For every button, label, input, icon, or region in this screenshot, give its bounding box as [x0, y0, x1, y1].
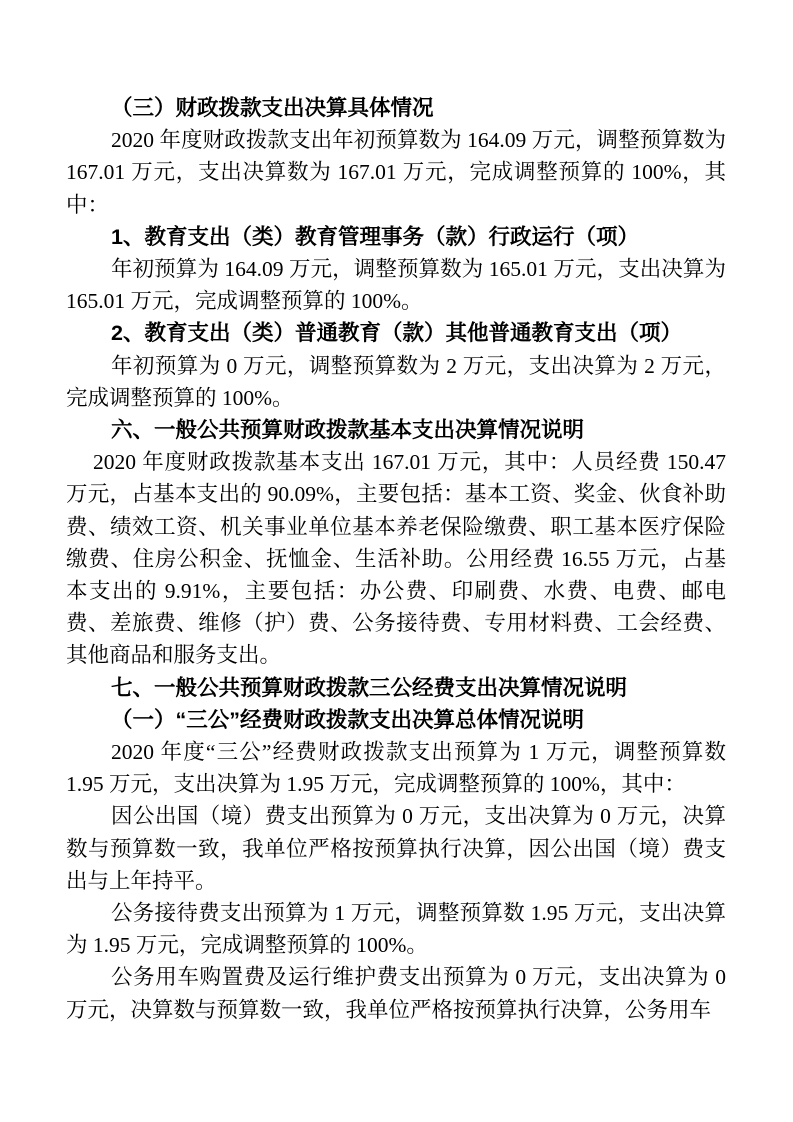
paragraph: 2020 年度“三公”经费财政拨款支出预算为 1 万元，调整预算数 1.95 万… [66, 736, 726, 800]
paragraph: 因公出国（境）费支出预算为 0 万元，支出决算为 0 万元，决算数与预算数一致，… [66, 800, 726, 897]
section-heading: 2、教育支出（类）普通教育（款）其他普通教育支出（项） [66, 317, 726, 349]
section-heading: 1、教育支出（类）教育管理事务（款）行政运行（项） [66, 221, 726, 253]
section-heading: （三）财政拨款支出决算具体情况 [66, 92, 726, 124]
paragraph: 公务接待费支出预算为 1 万元，调整预算数 1.95 万元，支出决算为 1.95… [66, 897, 726, 961]
document-body: （三）财政拨款支出决算具体情况2020 年度财政拨款支出年初预算数为 164.0… [66, 92, 726, 1026]
section-heading: 六、一般公共预算财政拨款基本支出决算情况说明 [66, 414, 726, 446]
paragraph: 年初预算为 164.09 万元，调整预算数为 165.01 万元，支出决算为 1… [66, 253, 726, 317]
document-page: （三）财政拨款支出决算具体情况2020 年度财政拨款支出年初预算数为 164.0… [0, 0, 793, 1122]
paragraph: 公务用车购置费及运行维护费支出预算为 0 万元，支出决算为 0 万元，决算数与预… [66, 961, 726, 1025]
section-heading: （一）“三公”经费财政拨款支出决算总体情况说明 [66, 704, 726, 736]
section-heading: 七、一般公共预算财政拨款三公经费支出决算情况说明 [66, 672, 726, 704]
paragraph: 2020 年度财政拨款基本支出 167.01 万元，其中：人员经费 150.47… [66, 446, 726, 671]
paragraph: 年初预算为 0 万元，调整预算数为 2 万元，支出决算为 2 万元，完成调整预算… [66, 350, 726, 414]
paragraph: 2020 年度财政拨款支出年初预算数为 164.09 万元，调整预算数为 167… [66, 124, 726, 221]
